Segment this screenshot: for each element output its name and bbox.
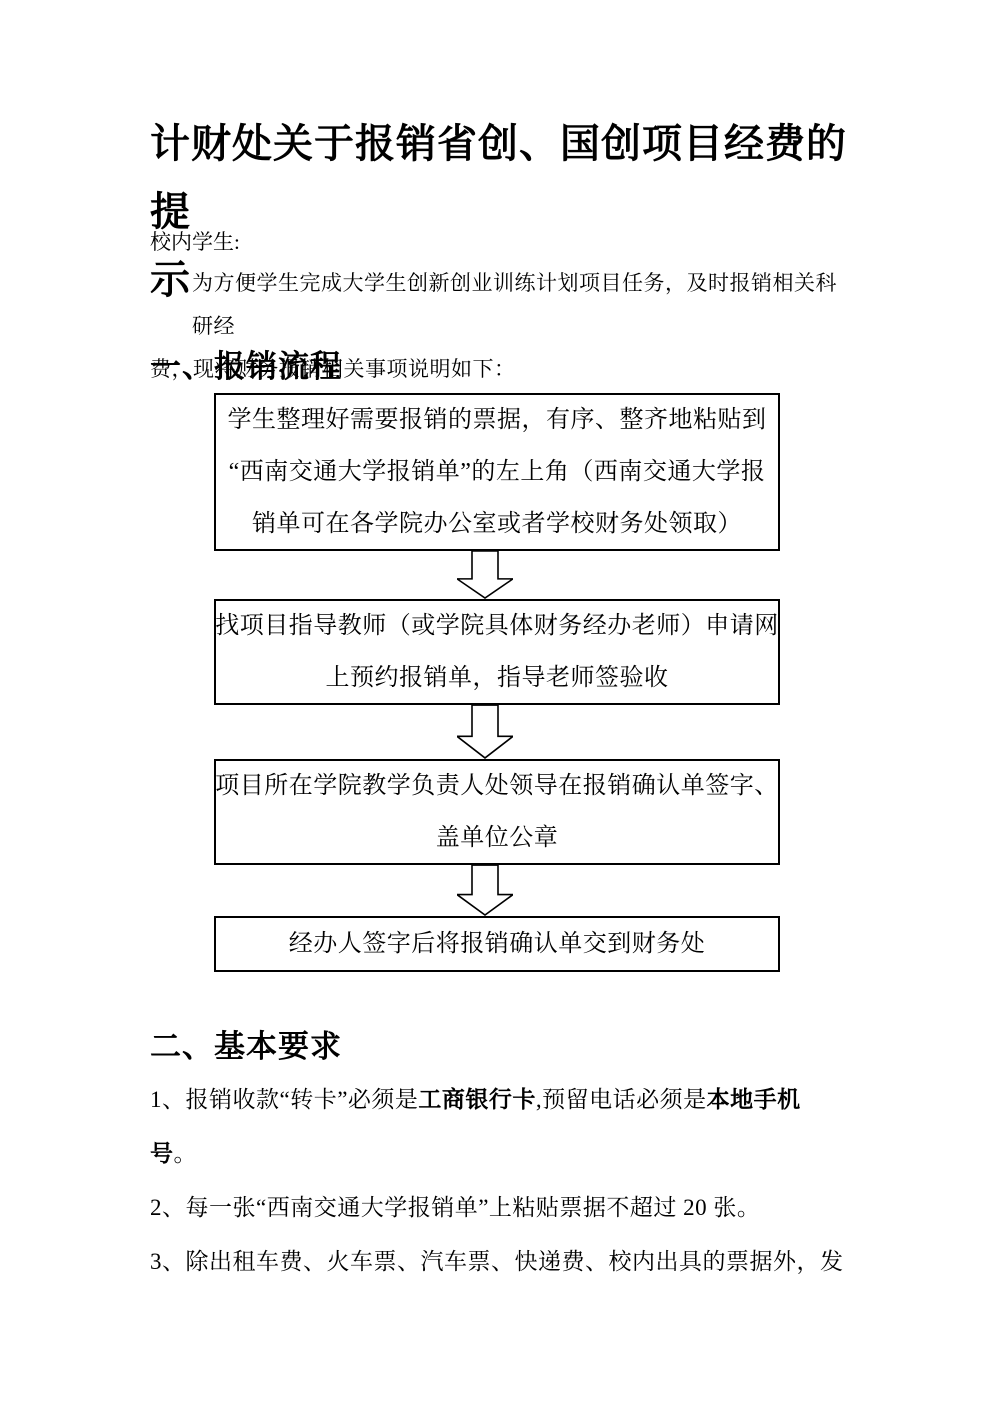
requirements-list: 1、报销收款“转卡”必须是工商银行卡,预留电话必须是本地手机 号。 2、每一张“… [150,1073,865,1289]
flow-box-1-line-2: “西南交通大学报销单”的左上角（西南交通大学报 [229,446,766,498]
down-arrow-icon [457,865,513,916]
document-page: 计财处关于报销省创、国创项目经费的提 示 校内学生: 为方便学生完成大学生创新创… [0,0,993,1404]
list-item-text: 2、每一张“西南交通大学报销单”上粘贴票据不超过 20 张。 [150,1195,760,1220]
list-item-1-line-1: 1、报销收款“转卡”必须是工商银行卡,预留电话必须是本地手机 [150,1073,865,1127]
list-item-text-bold: 号 [150,1141,174,1166]
section-heading-reimbursement-process: 一、报销流程 [150,346,342,388]
flowchart: 学生整理好需要报销的票据，有序、整齐地粘贴到 “西南交通大学报销单”的左上角（西… [214,393,780,972]
list-item-text-bold: 工商银行卡 [418,1087,536,1112]
page-title-line-1: 计财处关于报销省创、国创项目经费的提 [150,110,870,246]
flow-box-1-line-1: 学生整理好需要报销的票据，有序、整齐地粘贴到 [228,394,767,446]
flow-box-2: 找项目指导教师（或学院具体财务经办老师）申请网 上预约报销单，指导老师签验收 [214,599,780,705]
list-item-text: ,预留电话必须是 [536,1087,707,1112]
list-item-text: 3、除出租车费、火车票、汽车票、快递费、校内出具的票据外，发 [150,1249,844,1274]
list-item-text: 。 [174,1141,198,1166]
list-item-1-line-2: 号。 [150,1127,865,1181]
down-arrow-icon [457,551,513,599]
list-item-2: 2、每一张“西南交通大学报销单”上粘贴票据不超过 20 张。 [150,1181,865,1235]
list-item-text: 1、报销收款“转卡”必须是 [150,1087,418,1112]
flow-box-4-line-1: 经办人签字后将报销确认单交到财务处 [289,918,706,970]
flow-box-3: 项目所在学院教学负责人处领导在报销确认单签字、 盖单位公章 [214,759,780,865]
flow-box-2-line-2: 上预约报销单，指导老师签验收 [326,652,669,704]
flow-box-2-line-1: 找项目指导教师（或学院具体财务经办老师）申请网 [215,600,779,652]
flow-box-1-line-3: 销单可在各学院办公室或者学校财务处领取） [252,498,742,550]
flow-box-1: 学生整理好需要报销的票据，有序、整齐地粘贴到 “西南交通大学报销单”的左上角（西… [214,393,780,551]
flow-box-3-line-1: 项目所在学院教学负责人处领导在报销确认单签字、 [215,760,779,812]
list-item-text-bold: 本地手机 [707,1087,801,1112]
section-heading-basic-requirements: 二、基本要求 [150,1026,342,1068]
flow-box-3-line-2: 盖单位公章 [436,812,559,864]
intro-line-1: 为方便学生完成大学生创新创业训练计划项目任务，及时报销相关科研经 [150,262,850,348]
list-item-3: 3、除出租车费、火车票、汽车票、快递费、校内出具的票据外，发 [150,1235,865,1289]
down-arrow-icon [457,705,513,759]
flow-box-4: 经办人签字后将报销确认单交到财务处 [214,916,780,972]
salutation: 校内学生: [150,227,240,257]
